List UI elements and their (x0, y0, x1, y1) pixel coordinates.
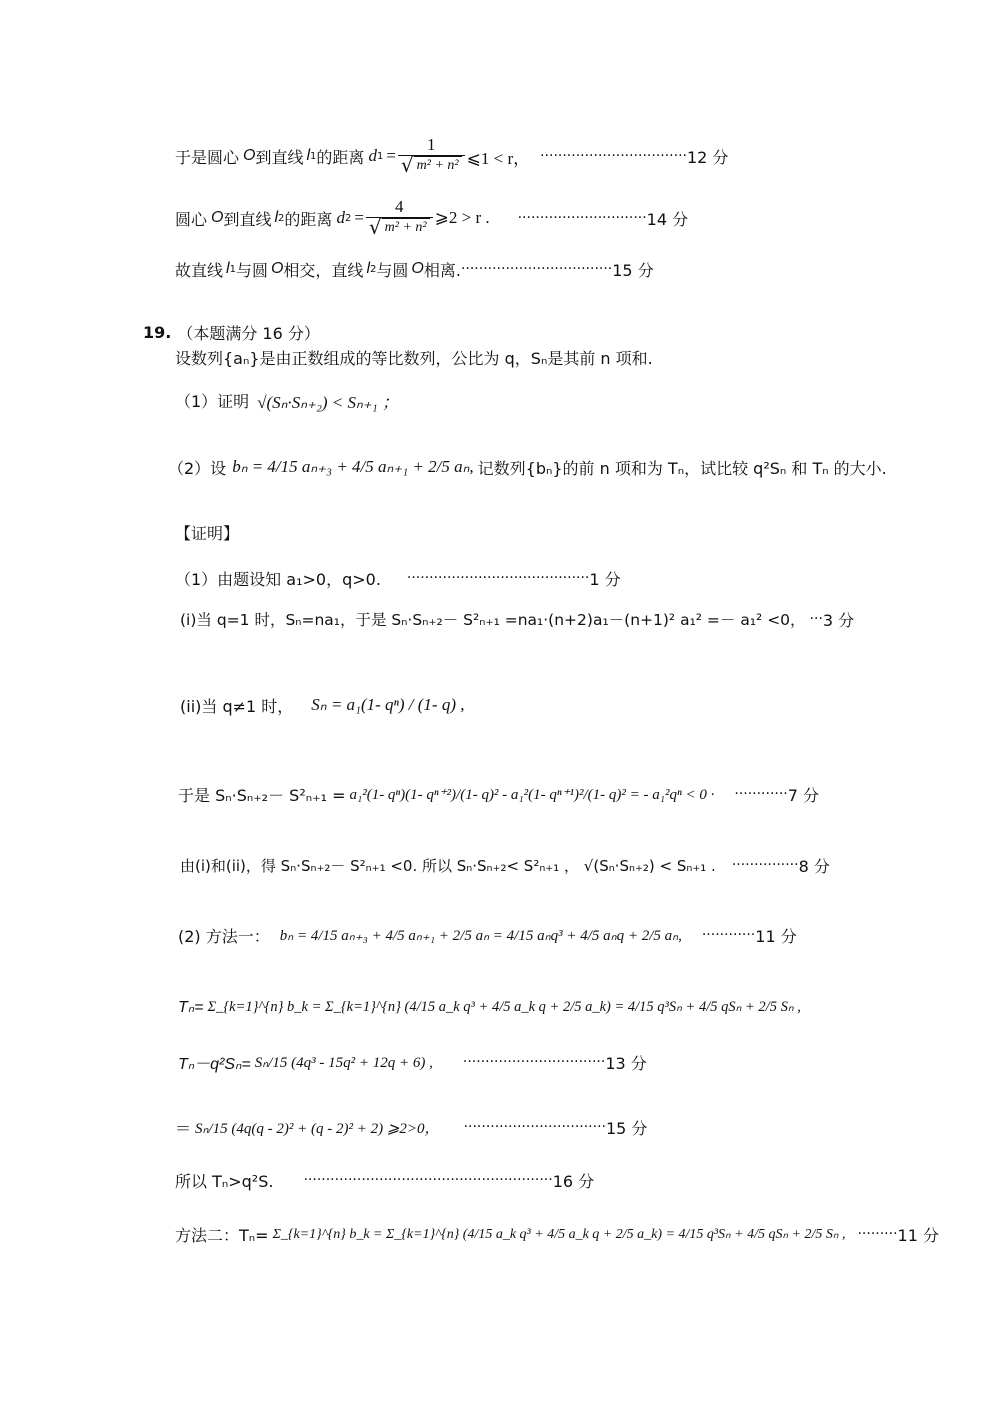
leader-dots: ··············· (732, 857, 799, 873)
proof-step: 方法二：Tₙ= Σ_{k=1}^{n} b_k = Σ_{k=1}^{n} (4… (175, 1212, 939, 1256)
step-formula: bₙ = 4/15 aₙ₊₃ + 4/5 aₙ₊₁ + 2/5 aₙ = 4/1… (280, 926, 682, 945)
score: 15 分 (606, 1116, 647, 1139)
step-formula: Σ_{k=1}^{n} b_k = Σ_{k=1}^{n} (4/15 a_k … (208, 999, 801, 1016)
score: 11 分 (898, 1223, 939, 1246)
score: 8 分 (799, 854, 830, 877)
denominator: √m² + n² (366, 217, 433, 239)
text: 与圆 (376, 258, 408, 281)
part1-formula: √(Sₙ·Sₙ₊₂) < Sₙ₊₁ ； (257, 388, 399, 413)
text: 相离. (424, 258, 461, 281)
leader-dots: ········· (857, 1226, 897, 1242)
text: 的距离 (316, 145, 364, 168)
step-text: （1）由题设知 a₁>0，q>0. (175, 567, 381, 590)
line-distance-d1: 于是圆心 O 到直线 l1 的距离 d1 = 1 √m² + n² ⩽1 < r… (175, 136, 728, 176)
symbol-d: d (368, 146, 377, 166)
relation: ⩽1 < r， (467, 144, 531, 169)
leader-dots: ········································… (407, 570, 589, 586)
leader-dots: ········································… (303, 1172, 552, 1188)
numerator: 1 (424, 135, 439, 155)
leader-dots: ··· (810, 611, 823, 627)
proof-step: Tₙ－q²Sₙ= Sₙ/15 (4q³ - 15q² + 12q + 6) , … (178, 1045, 647, 1079)
step-formula: Sₙ = a₁(1- qⁿ) / (1- q) , (311, 695, 464, 715)
radicand: m² + n² (414, 156, 462, 175)
leader-dots: ································ (464, 1119, 606, 1135)
proof-step: Tₙ= Σ_{k=1}^{n} b_k = Σ_{k=1}^{n} (4/15 … (178, 985, 801, 1029)
leader-dots: ············ (702, 927, 755, 943)
problem-statement: 设数列{aₙ}是由正数组成的等比数列，公比为 q，Sₙ是其前 n 项和. (175, 345, 653, 369)
step-formula: a₁²(1- qⁿ)(1- qⁿ⁺²)/(1- q)² - a₁²(1- qⁿ⁺… (349, 785, 714, 804)
text: 的距离 (284, 207, 332, 230)
sqrt-icon: √ (369, 218, 382, 237)
denominator: √m² + n² (398, 155, 465, 177)
text: 到直线 (255, 145, 303, 168)
symbol-O: O (271, 260, 283, 278)
proof-step: ＝ Sₙ/15 (4q(q - 2)² + (q - 2)² + 2) ⩾2>0… (175, 1110, 647, 1144)
proof-step: (ii)当 q≠1 时， Sₙ = a₁(1- qⁿ) / (1- q) , (180, 683, 465, 727)
text: 故直线 (175, 258, 223, 281)
problem-header: 19. （本题满分 16 分） (143, 320, 320, 344)
text: 与圆 (236, 258, 268, 281)
step-text: (2) 方法一： (178, 924, 270, 947)
score: 16 分 (553, 1169, 594, 1192)
text: 圆心 (175, 207, 207, 230)
leader-dots: ································ (463, 1054, 605, 1070)
line-distance-d2: 圆心 O 到直线 l2 的距离 d2 = 4 √m² + n² ⩾2 > r .… (175, 198, 688, 238)
proof-step: 由(i)和(ii)，得 Sₙ·Sₙ₊₂－ S²ₙ₊₁ <0. 所以 Sₙ·Sₙ₊… (180, 850, 830, 880)
proof-step: （1）由题设知 a₁>0，q>0. ······················… (175, 566, 621, 590)
step-formula: Σ_{k=1}^{n} b_k = Σ_{k=1}^{n} (4/15 a_k … (273, 1226, 846, 1243)
proof-step: 于是 Sₙ·Sₙ₊₂－ S²ₙ₊₁ = a₁²(1- qⁿ)(1- qⁿ⁺²)/… (178, 772, 819, 816)
score: 7 分 (788, 783, 819, 806)
problem-number: 19. (143, 323, 171, 342)
proof-step: 所以 Tₙ>q²S. ·····························… (175, 1168, 594, 1192)
score: 12 分 (687, 145, 728, 168)
proof-heading: 【证明】 (175, 521, 239, 544)
numerator: 4 (392, 197, 407, 217)
text: 相交，直线 (283, 258, 363, 281)
fraction: 4 √m² + n² (366, 197, 433, 239)
symbol-d: d (336, 208, 345, 228)
step-text: (i)当 q=1 时，Sₙ=na₁，于是 Sₙ·Sₙ₊₂－ S²ₙ₊₁ =na₁… (180, 608, 806, 630)
score: 1 分 (589, 567, 620, 590)
sqrt-icon: √ (401, 156, 414, 175)
proof-title: 【证明】 (175, 520, 239, 544)
line-conclusion: 故直线 l1 与圆 O 相交，直线 l2 与圆 O 相离. ··········… (175, 257, 654, 281)
step-text: 方法二：Tₙ= (175, 1223, 269, 1246)
step-text: 于是 Sₙ·Sₙ₊₂－ S²ₙ₊₁ = (178, 783, 345, 806)
score: 15 分 (612, 258, 653, 281)
problem-part2: （2）设 bₙ = 4/15 aₙ₊₃ + 4/5 aₙ₊₁ + 2/5 aₙ,… (168, 447, 887, 487)
proof-step: (2) 方法一： bₙ = 4/15 aₙ₊₃ + 4/5 aₙ₊₁ + 2/5… (178, 918, 797, 952)
problem-part1: （1）证明 √(Sₙ·Sₙ₊₂) < Sₙ₊₁ ； (175, 383, 399, 417)
step-text: 所以 Tₙ>q²S. (175, 1169, 273, 1192)
leader-dots: ····························· (518, 210, 647, 226)
step-text: Tₙ= (178, 997, 204, 1017)
fraction: 1 √m² + n² (398, 135, 465, 177)
part1-label: （1）证明 (175, 389, 249, 412)
leader-dots: ············ (734, 786, 787, 802)
score: 14 分 (647, 207, 688, 230)
text: 到直线 (223, 207, 271, 230)
step-text: 由(i)和(ii)，得 Sₙ·Sₙ₊₂－ S²ₙ₊₁ <0. 所以 Sₙ·Sₙ₊… (180, 855, 716, 876)
score: 11 分 (755, 924, 796, 947)
part2-text: 记数列{bₙ}的前 n 项和为 Tₙ，试比较 q²Sₙ 和 Tₙ 的大小. (478, 456, 887, 479)
equals: = (354, 208, 364, 228)
step-text: ＝ (175, 1116, 191, 1139)
symbol-O: O (411, 260, 423, 278)
leader-dots: ·································· (461, 261, 612, 277)
radicand: m² + n² (382, 218, 430, 237)
step-text: Tₙ－q²Sₙ= (178, 1051, 251, 1074)
subscript: 1 (377, 151, 383, 162)
step-text: (ii)当 q≠1 时， (180, 694, 293, 717)
score: 3 分 (823, 608, 854, 631)
symbol-O: O (243, 147, 255, 165)
equals: = (386, 146, 396, 166)
score: 13 分 (605, 1051, 646, 1074)
text: 于是圆心 (175, 145, 239, 168)
symbol-O: O (211, 209, 223, 227)
leader-dots: ································· (540, 148, 687, 164)
statement-text: 设数列{aₙ}是由正数组成的等比数列，公比为 q，Sₙ是其前 n 项和. (175, 346, 653, 369)
relation: ⩾2 > r . (435, 208, 490, 228)
step-formula: Sₙ/15 (4q³ - 15q² + 12q + 6) , (255, 1053, 433, 1072)
part2-label: （2）设 (168, 456, 226, 479)
proof-step: (i)当 q=1 时，Sₙ=na₁，于是 Sₙ·Sₙ₊₂－ S²ₙ₊₁ =na₁… (180, 605, 854, 633)
part2-formula: bₙ = 4/15 aₙ₊₃ + 4/5 aₙ₊₁ + 2/5 aₙ, (232, 457, 473, 477)
step-formula: Sₙ/15 (4q(q - 2)² + (q - 2)² + 2) ⩾2>0， (195, 1117, 440, 1138)
problem-points: （本题满分 16 分） (177, 321, 320, 344)
subscript: 2 (345, 213, 351, 224)
